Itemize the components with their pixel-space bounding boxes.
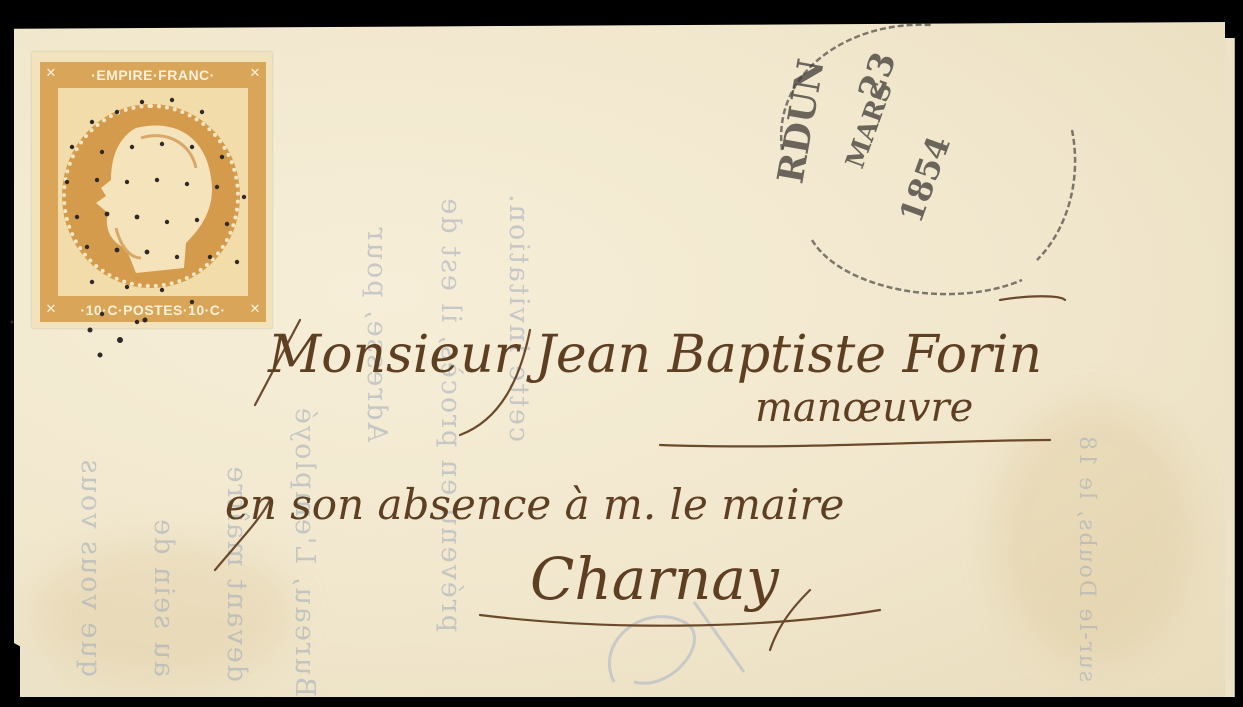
- address-occupation: manœuvre: [755, 385, 973, 431]
- showthrough-text: cette invitation.: [503, 192, 534, 442]
- lozenge-cancel-dots: [32, 52, 272, 328]
- circular-date-postmark: RDUN 23 MARS 1854: [752, 10, 1102, 310]
- address-care-of: en son absence à m. le maire: [225, 480, 844, 529]
- showthrough-text: sur-le Doubs, le 18: [1074, 434, 1099, 682]
- postmark-month: MARS: [840, 78, 899, 172]
- postmark-year: 1854: [892, 131, 958, 228]
- postage-stamp: ✕ ✕ ✕ ✕ ·EMPIRE·FRANC· ·10·C·POSTES·10·C…: [32, 52, 272, 328]
- cancel-overflow-dots: [0, 300, 300, 380]
- showthrough-text: prévenu en procès, il est de: [435, 196, 466, 632]
- address-recipient: Monsieur Jean Baptiste Forin: [268, 325, 1042, 385]
- showthrough-text: Bureau, L'employé: [289, 406, 320, 697]
- address-town: Charnay: [530, 545, 779, 613]
- postmark-town: RDUN: [770, 56, 833, 187]
- showthrough-text: que vous vous: [75, 458, 106, 677]
- showthrough-text: au sein de: [148, 517, 179, 677]
